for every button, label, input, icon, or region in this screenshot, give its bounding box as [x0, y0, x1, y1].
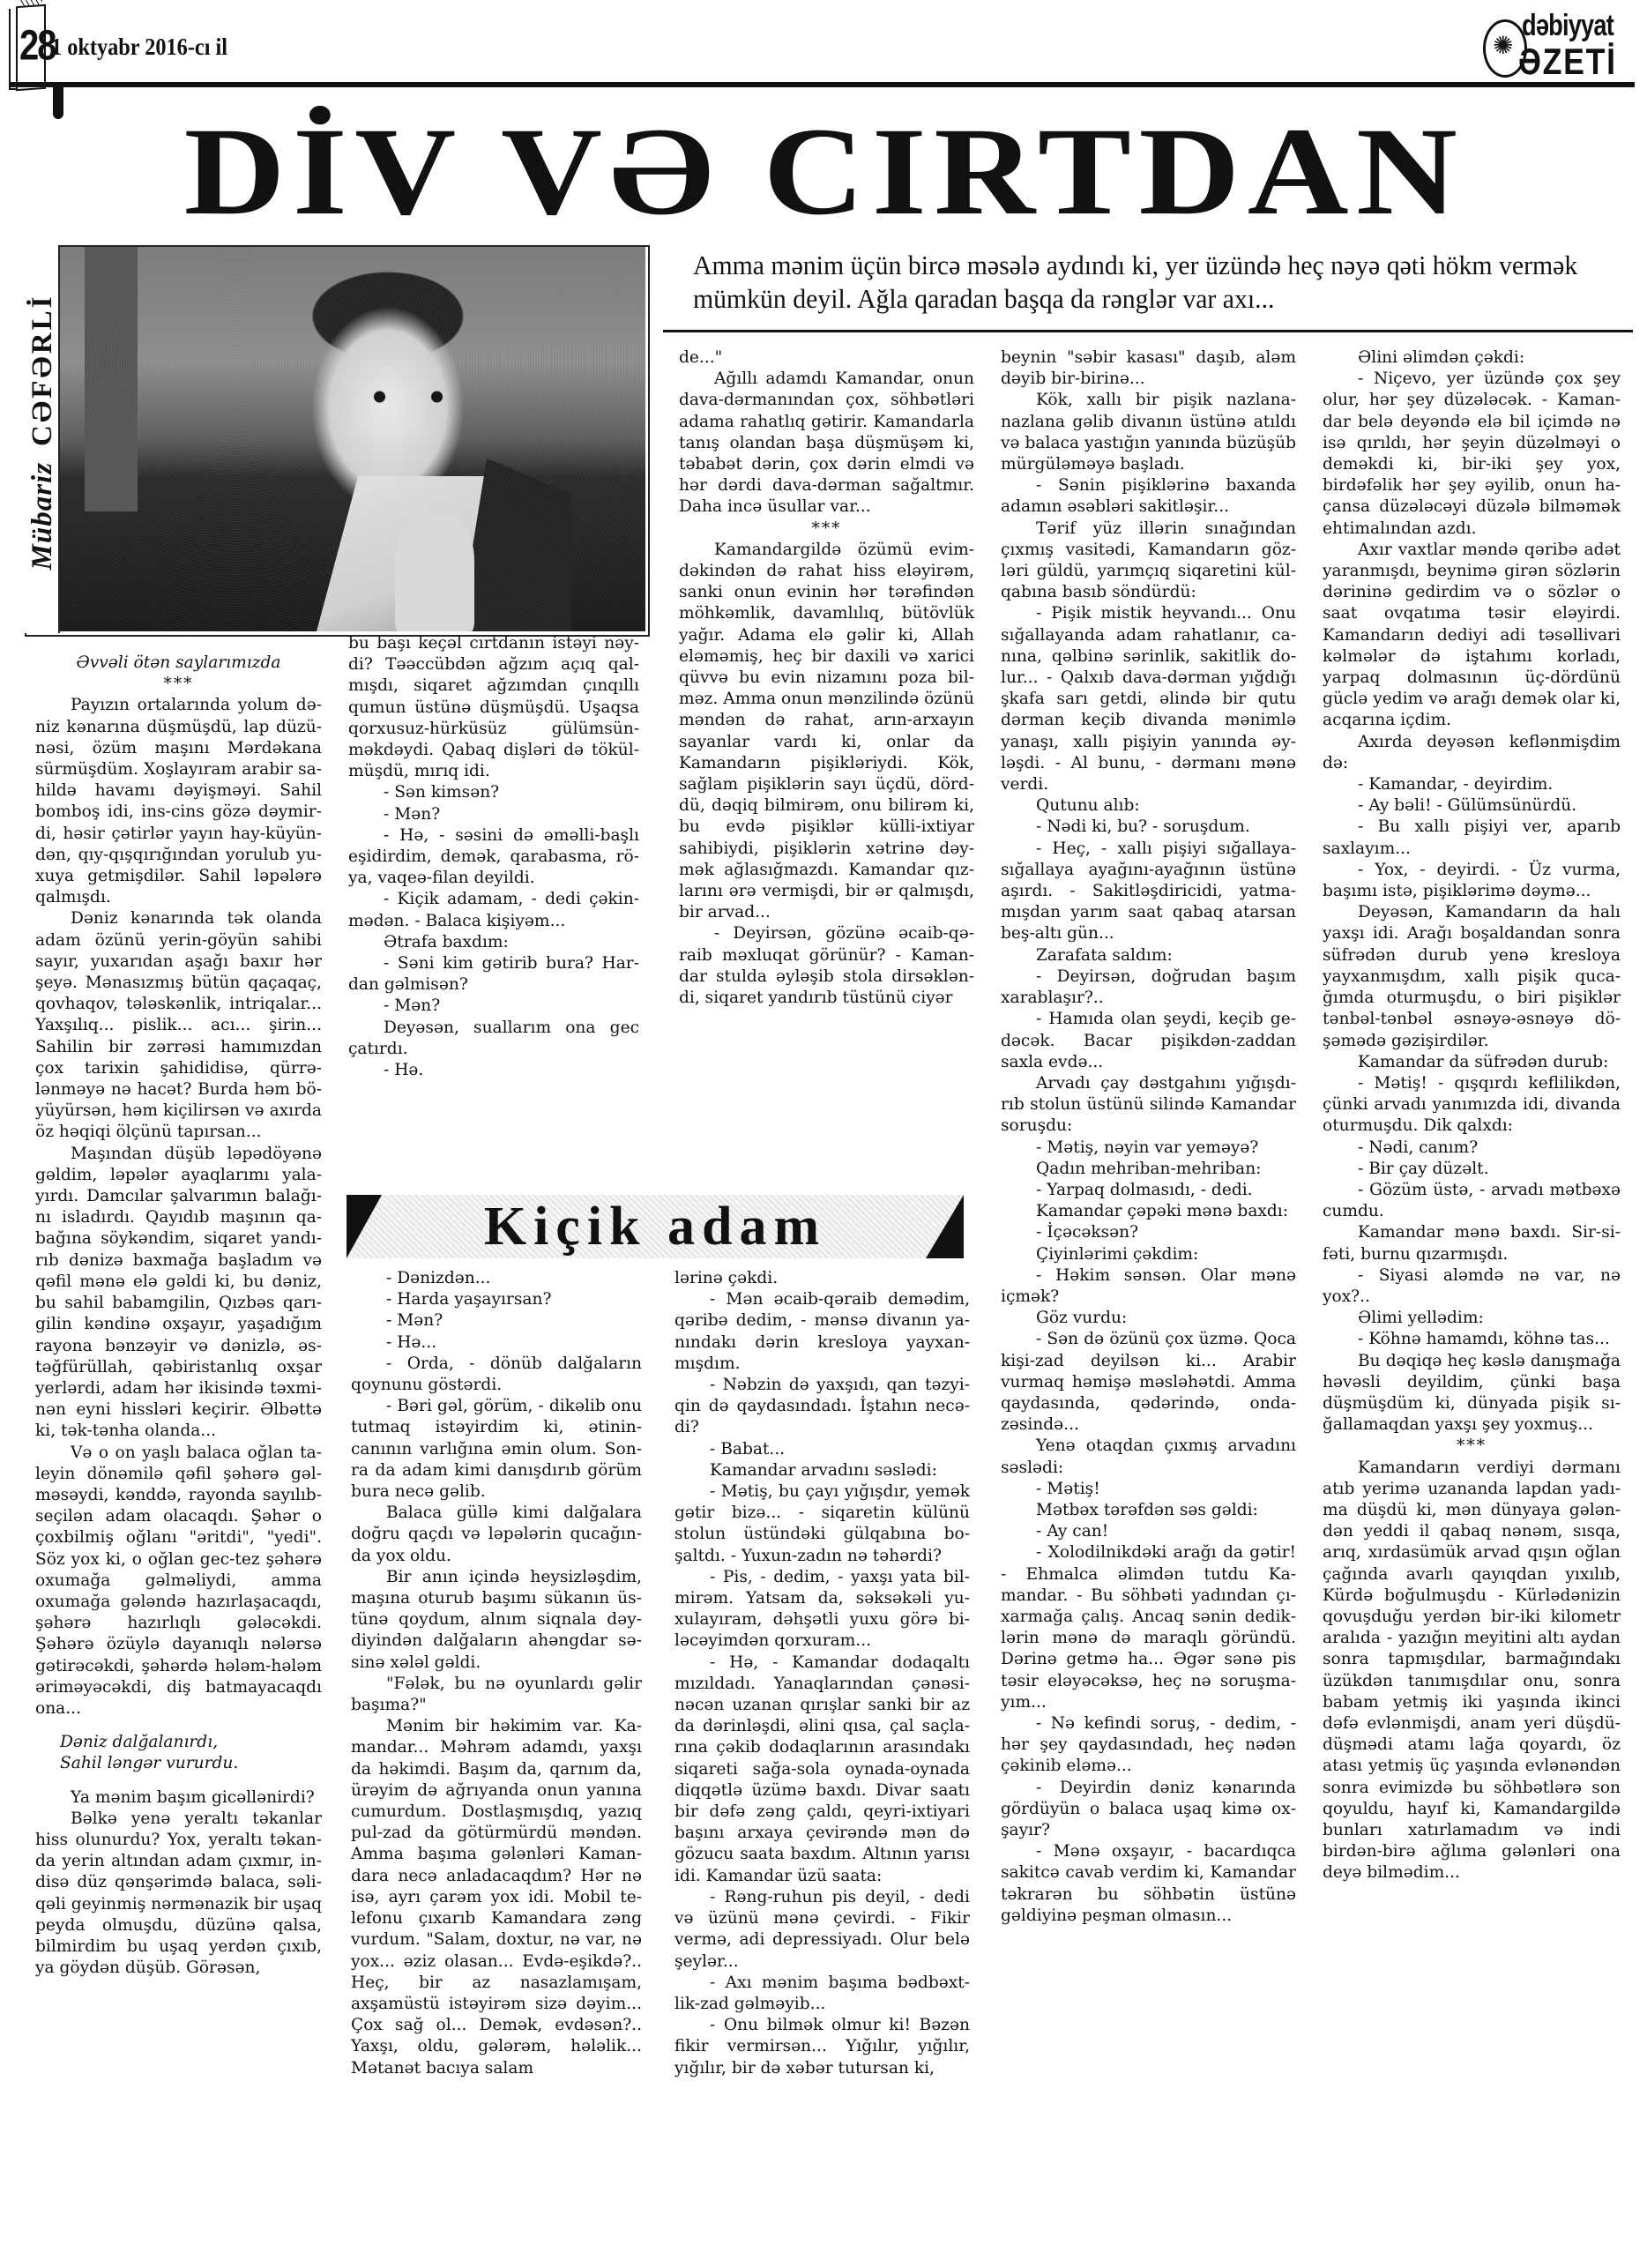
column-5: Əlini əlimdən çəkdi: - Niçevo, yer üzünd… [1323, 347, 1621, 1884]
dialogue-line: - Harda yaşayırsan? [351, 1289, 642, 1310]
dialogue-line: - Orda, - dönüb dalğaların qoynunu göstə… [351, 1354, 642, 1396]
newspaper-logo: dəbiyyat ƏZETİ [1483, 9, 1624, 81]
paragraph: Zarafata saldım: [1001, 945, 1296, 966]
paragraph: Qadın mehriban-mehriban: [1001, 1159, 1296, 1180]
author-byline: MübarizCƏFƏRLİ [26, 247, 59, 617]
dialogue-line: - Yarpaq dolmasıdı, - dedi. [1001, 1180, 1296, 1201]
dialogue-line: - Bu xallı pişiyi ver, aparıb saxlayım..… [1323, 817, 1621, 859]
dialogue-line: - Mən əcaib-qəraib demədim, qəribə dedim… [674, 1289, 970, 1375]
dialogue-line: - Pis, - dedim, - yaxşı yata bil­mirəm. … [674, 1567, 970, 1653]
verse: Dəniz dalğalanırdı, Sahil ləngər vururdu… [35, 1732, 322, 1774]
dialogue-line: - Siyasi aləmdə nə var, nə yox?.. [1323, 1265, 1621, 1308]
paragraph: Deyəsən, Kamandarın da halı yaxşı idi. A… [1323, 902, 1621, 1051]
dialogue-line: - Mən? [351, 1310, 642, 1332]
intro-note: Əvvəli ötən saylarımızda [35, 653, 322, 674]
issue-date: 1 oktyabr 2016-cı il [51, 34, 227, 61]
dialogue-line: - Bir çay düzəlt. [1323, 1159, 1621, 1180]
paragraph: Bəlkə yenə yeraltı təkanlar hiss olunurd… [35, 1809, 322, 1980]
dialogue-line: - Hə, - səsini də əməlli-başlı eşidirdim… [348, 825, 639, 890]
column-2-lower: - Dənizdən... - Harda yaşayırsan? - Mən?… [351, 1268, 642, 2079]
quote-rule [663, 330, 1633, 332]
page-number: 28 [19, 22, 56, 70]
dialogue-line: - Bəri gəl, görüm, - dikəlib onu tutmaq … [351, 1396, 642, 1503]
dialogue-line: - Yox, - deyirdi. - Üz vurma, başımı ist… [1323, 860, 1621, 902]
dialogue-line: - Sən kimsən? [348, 782, 639, 803]
paragraph: Əlimi yellədim: [1323, 1308, 1621, 1329]
dialogue-line: - İçəcəksən? [1001, 1222, 1296, 1243]
article-title: DİV VƏ CIRTDAN [0, 113, 1647, 230]
dialogue-line: - Köhnə hamamdı, köhnə tas... [1323, 1329, 1621, 1350]
dialogue-line: - Deyirsən, gözünə əcaib-qə­raib məxluqa… [679, 923, 974, 1009]
separator: *** [679, 519, 974, 540]
paragraph: bu başı keçəl cırtdanın istəyi nəy­di? T… [348, 633, 639, 782]
paragraph: Dəniz kənarında tək olanda adam özünü ye… [35, 908, 322, 1143]
paragraph: beynin "səbir kasası" daşıb, aləm dəyib … [1001, 347, 1296, 390]
verse-line: Dəniz dalğalanırdı, [60, 1732, 322, 1753]
paragraph: Kamandar mənə baxdı. Sir-si­fəti, burnu … [1323, 1222, 1621, 1265]
dialogue-line: - Babat... [674, 1439, 970, 1460]
paragraph: Yenə otaqdan çıxmış arvadını səslədi: [1001, 1436, 1296, 1478]
paragraph: Bir anın içində heysizləşdim, maşına otu… [351, 1567, 642, 1674]
paragraph: Kamandarın verdiyi dərmanı atıb yerimə u… [1323, 1458, 1621, 1884]
dialogue-line: - Mən? [348, 804, 639, 825]
paragraph: Kamandar arvadını səslədi: [674, 1460, 970, 1481]
dialogue-line: - Sənin pişiklərinə baxanda adamın əsəbl… [1001, 475, 1296, 518]
paragraph: Balaca güllə kimi dalğalara doğru qaçdı … [351, 1503, 642, 1567]
paragraph: Ətrafa baxdım: [348, 932, 639, 953]
pull-quote: Amma mənim üçün bircə məsələ aydındı ki,… [693, 249, 1591, 316]
book-icon-spine [9, 9, 16, 90]
dialogue-line: - Rəng-ruhun pis deyil, - dedi və üzünü … [674, 1887, 970, 1973]
dialogue-line: - Pişik mistik heyvandı... Onu sığallaya… [1001, 603, 1296, 795]
paragraph: Kök, xallı bir pişik nazlana-nazlana gəl… [1001, 390, 1296, 475]
verse-line: Sahil ləngər vururdu. [60, 1753, 322, 1774]
author-last-name: CƏFƏRLİ [26, 295, 58, 446]
paragraph: Tərif yüz illərin sınağından çıxmış vasi… [1001, 519, 1296, 604]
dialogue-line: - Dənizdən... [351, 1268, 642, 1289]
paragraph: Göz vurdu: [1001, 1308, 1296, 1329]
paragraph: Kamandar da süfrədən durub: [1323, 1052, 1621, 1073]
paragraph: lərinə çəkdi. [674, 1268, 970, 1289]
author-photo [60, 247, 645, 631]
separator: *** [35, 674, 322, 695]
logo-bottom-text: ƏZETİ [1518, 41, 1617, 83]
paragraph: Payızın ortalarında yolum də­niz kənarın… [35, 695, 322, 908]
dialogue-line: - Niçevo, yer üzündə çox şey olur, hər ş… [1323, 369, 1621, 540]
dialogue-line: - Hə, - Kamandar dodaqaltı mızıldadı. Ya… [674, 1653, 970, 1887]
dialogue-line: - Həkim sənsən. Olar mənə içmək? [1001, 1265, 1296, 1308]
header-rule [11, 82, 1635, 87]
paragraph: Mənim bir həkimim var. Ka­mandar... Məhr… [351, 1716, 642, 2078]
dialogue-line: - Mətiş! - qışqırdı keflilikdən, çünki a… [1323, 1073, 1621, 1138]
dialogue-line: - Onu bilmək olmur ki! Bəzən fikir vermi… [674, 2015, 970, 2079]
dialogue-line: - Xolodilnikdəki arağı da gə­tir! - Ehma… [1001, 1542, 1296, 1713]
paragraph: Və o on yaşlı balaca oğlan ta­leyin dönə… [35, 1443, 322, 1720]
paragraph: Deyəsən, suallarım ona gec çatırdı. [348, 1018, 639, 1060]
dialogue-line: - Gözüm üstə, - arvadı mətbə­xə cumdu. [1323, 1180, 1621, 1222]
paragraph: Qutunu alıb: [1001, 795, 1296, 817]
dialogue-line: - Mətiş! [1001, 1479, 1296, 1500]
dialogue-line: - Hamıda olan şeydi, keçib ge­dəcək. Bac… [1001, 1009, 1296, 1073]
dialogue-line: - Mən? [348, 996, 639, 1017]
dialogue-line: - Ay can! [1001, 1521, 1296, 1542]
column-1: Əvvəli ötən saylarımızda *** Payızın ort… [35, 653, 322, 1979]
dialogue-line: - Kiçik adamam, - dedi çəkin­mədən. - Ba… [348, 889, 639, 931]
dialogue-line: - Nə kefindi soruş, - dedim, - hər şey q… [1001, 1713, 1296, 1778]
dialogue-line: - Deyirdin dəniz kənarında gördüyün o ba… [1001, 1778, 1296, 1842]
dialogue-line: - Mətiş, nəyin var yeməyə? [1001, 1138, 1296, 1159]
paragraph: Maşından düşüb ləpədöyənə gəldim, ləpələ… [35, 1144, 322, 1443]
dialogue-line: - Heç, - xallı pişiyi sığallaya-sığallay… [1001, 839, 1296, 945]
paragraph: Ağıllı adamdı Kamandar, onun dava-dərman… [679, 369, 974, 518]
author-first-name: Mübariz [26, 462, 58, 571]
paragraph: de..." [679, 347, 974, 369]
dialogue-line: - Nədi, canım? [1323, 1138, 1621, 1159]
paragraph: Əlini əlimdən çəkdi: [1323, 347, 1621, 369]
paragraph: Arvadı çay dəstgahını yığışdı­rıb stolun… [1001, 1073, 1296, 1138]
dialogue-line: - Mənə oxşayır, - bacardıqca sakitcə cav… [1001, 1841, 1296, 1927]
logo-top-text: dəbiyyat [1522, 9, 1613, 43]
dialogue-line: - Hə... [351, 1332, 642, 1354]
paragraph: Kamandargildə özümü evim­dəkindən də rah… [679, 540, 974, 924]
dialogue-line: - Deyirsən, doğrudan başım xarablaşır?.. [1001, 966, 1296, 1009]
dialogue-line: - Axı mənim başıma bədbəxt­lik-zad gəlmə… [674, 1973, 970, 2015]
dialogue-line: - Səni kim gətirib bura? Har­dan gəlmisə… [348, 953, 639, 996]
dialogue-line: - Sən də özünü çox üzmə. Qo­ca kişi-zad … [1001, 1329, 1296, 1436]
column-3-lower: lərinə çəkdi. - Mən əcaib-qəraib demədim… [674, 1268, 970, 2079]
dialogue-line: - Mətiş, bu çayı yığışdır, ye­mək gətir … [674, 1481, 970, 1567]
paragraph: Bu dəqiqə heç kəslə danışma­ğa həvəsli d… [1323, 1351, 1621, 1436]
dialogue-line: - Ay bəli! - Gülümsünürdü. [1323, 795, 1621, 817]
paragraph: Axır vaxtlar məndə qəribə adət yaranmışd… [1323, 540, 1621, 732]
dialogue-line: - Kamandar, - deyirdim. [1323, 774, 1621, 795]
paragraph: Axırda deyəsən keflənmişdim də: [1323, 732, 1621, 774]
paragraph: "Fələk, bu nə oyunlardı gəlir başıma?" [351, 1674, 642, 1716]
dialogue-line: - Nədi ki, bu? - soruşdum. [1001, 817, 1296, 838]
column-4: beynin "səbir kasası" daşıb, aləm dəyib … [1001, 347, 1296, 1927]
paragraph: Çiyinlərimi çəkdim: [1001, 1244, 1296, 1265]
paragraph: Ya mənim başım gicəllənirdi? [35, 1787, 322, 1809]
separator: *** [1323, 1436, 1621, 1457]
column-3-upper: de..." Ağıllı adamdı Kamandar, onun dava… [679, 347, 974, 1009]
paragraph: Kamandar çəpəki mənə baxdı: [1001, 1201, 1296, 1222]
dialogue-line: - Hə. [348, 1060, 639, 1081]
dialogue-line: - Nəbzin də yaxşıdı, qan təzyi­qin də qa… [674, 1375, 970, 1439]
subtitle: Kiçik adam [347, 1196, 964, 1257]
paragraph: Mətbəx tərəfdən səs gəldi: [1001, 1500, 1296, 1521]
column-2-upper: bu başı keçəl cırtdanın istəyi nəy­di? T… [348, 633, 639, 1081]
